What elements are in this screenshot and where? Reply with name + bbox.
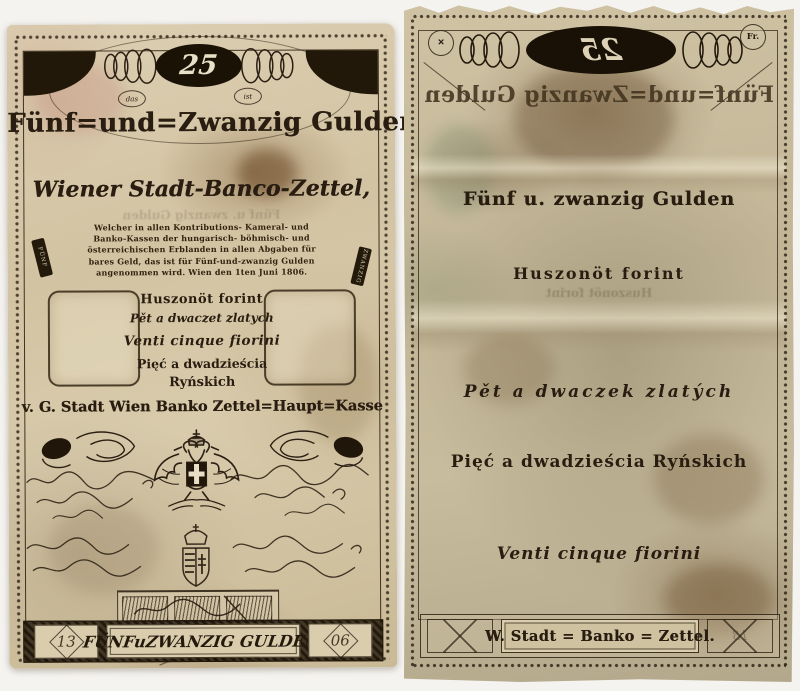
back-value-czech: Pět a dwaczek zlatých: [404, 382, 794, 402]
coil-flourish-left: [458, 28, 524, 72]
ornament-chain-right: [782, 18, 789, 668]
ist-label: ist: [244, 92, 253, 100]
coil-flourish-right: [678, 28, 744, 72]
corner-mark-left: ✕: [428, 30, 454, 56]
diamond-box-right: 13: [707, 619, 773, 653]
back-value-hungarian: Huszonöt forint: [404, 264, 794, 283]
coat-of-arms-icon: [167, 522, 225, 592]
printed-frame: [418, 30, 778, 620]
showthrough-text: Fünf u. zwanzig Gulden: [7, 207, 395, 223]
kasse-line: v. G. Stadt Wien Banko Zettel=Haupt=Kass…: [8, 397, 396, 416]
ornament-chain-left: [409, 18, 416, 668]
corner-mark-left-glyph: ✕: [437, 38, 444, 48]
back-value-polish: Pięć a dwadzieścia Ryńskich: [404, 452, 794, 472]
photo-background: 25 das ist Fünf=und=Zwanzig Gulden Wiene…: [0, 0, 800, 691]
ornament-chain-top: [412, 13, 786, 20]
ist-badge: ist: [234, 88, 262, 105]
denomination-numeral-mirrored: 25: [578, 33, 623, 68]
ornament-chain-bottom: [412, 662, 786, 669]
serial-showthrough: 13: [732, 629, 749, 644]
back-value-italian: Venti cinque fiorini: [404, 544, 794, 564]
signature-left: [23, 468, 173, 527]
value-czech: Pět a dwaczet zlatych: [118, 311, 286, 326]
denomination-numeral: 25: [178, 50, 219, 81]
bottom-band: 13 FÜNFuZWANZIG GULDEN, 06: [23, 619, 383, 663]
value-band-script: FÜNFuZWANZIG GULDEN,: [82, 631, 325, 651]
title-showthrough-mirrored: Fünf=und=Zwanzig Gulden: [404, 82, 794, 108]
legal-text: Welcher in allen Kontributions- Kameral-…: [71, 221, 331, 278]
value-polish: Pięć a dwadzieścia: [118, 356, 286, 372]
coil-flourish-left: [103, 46, 159, 86]
diamond-box-left: [427, 619, 493, 653]
denomination-oval-showthrough: 25: [526, 26, 676, 74]
legal-line: bares Geld, das ist für Fünf-und-zwanzig…: [72, 255, 332, 267]
bank-heading: Wiener Stadt-Banco-Zettel,: [7, 175, 395, 203]
serial-number-right: 06: [331, 631, 350, 649]
signature-left-2: [23, 534, 173, 585]
denomination-oval: 25: [156, 44, 242, 87]
legal-line: angenommen wird. Wien den 1ten Juni 1806…: [72, 266, 332, 278]
showthrough-hungarian: Huszonöt forint: [404, 286, 794, 300]
flourish-stamp-left: [30, 424, 140, 472]
issuer-label-box: W. Stadt = Banko = Zettel.: [501, 619, 699, 653]
back-value-german: Fünf u. zwanzig Gulden: [404, 188, 794, 210]
banknote-front: 25 das ist Fünf=und=Zwanzig Gulden Wiene…: [7, 23, 398, 669]
banknote-back: ✕ Fr. 25 Fünf=und=Zwanzig Gulden Fünf u.…: [404, 4, 794, 682]
legal-line: österreichischen Erblanden in allen Abga…: [72, 244, 332, 256]
multilingual-values: Huszonöt forint Pět a dwaczet zlatych Ve…: [118, 292, 286, 391]
signature-right-2: [225, 533, 375, 588]
serial-diamond-right: 06: [308, 623, 372, 657]
signature-right: [225, 463, 375, 526]
corner-mark-right-glyph: Fr.: [747, 32, 760, 42]
value-band-box: FÜNFuZWANZIG GULDEN,: [106, 624, 300, 659]
value-hungarian: Huszonöt forint: [118, 292, 286, 308]
denomination-title: Fünf=und=Zwanzig Gulden: [7, 107, 395, 139]
issuer-label: W. Stadt = Banko = Zettel.: [485, 628, 715, 645]
serial-number-left: 13: [57, 633, 76, 651]
das-label: das: [126, 95, 138, 103]
das-badge: das: [118, 90, 146, 107]
coil-flourish-right: [239, 46, 295, 86]
value-italian: Venti cinque fiorini: [118, 333, 286, 350]
value-polish-2: Ryńskich: [118, 375, 286, 391]
bottom-band: W. Stadt = Banko = Zettel. 13: [420, 614, 780, 658]
